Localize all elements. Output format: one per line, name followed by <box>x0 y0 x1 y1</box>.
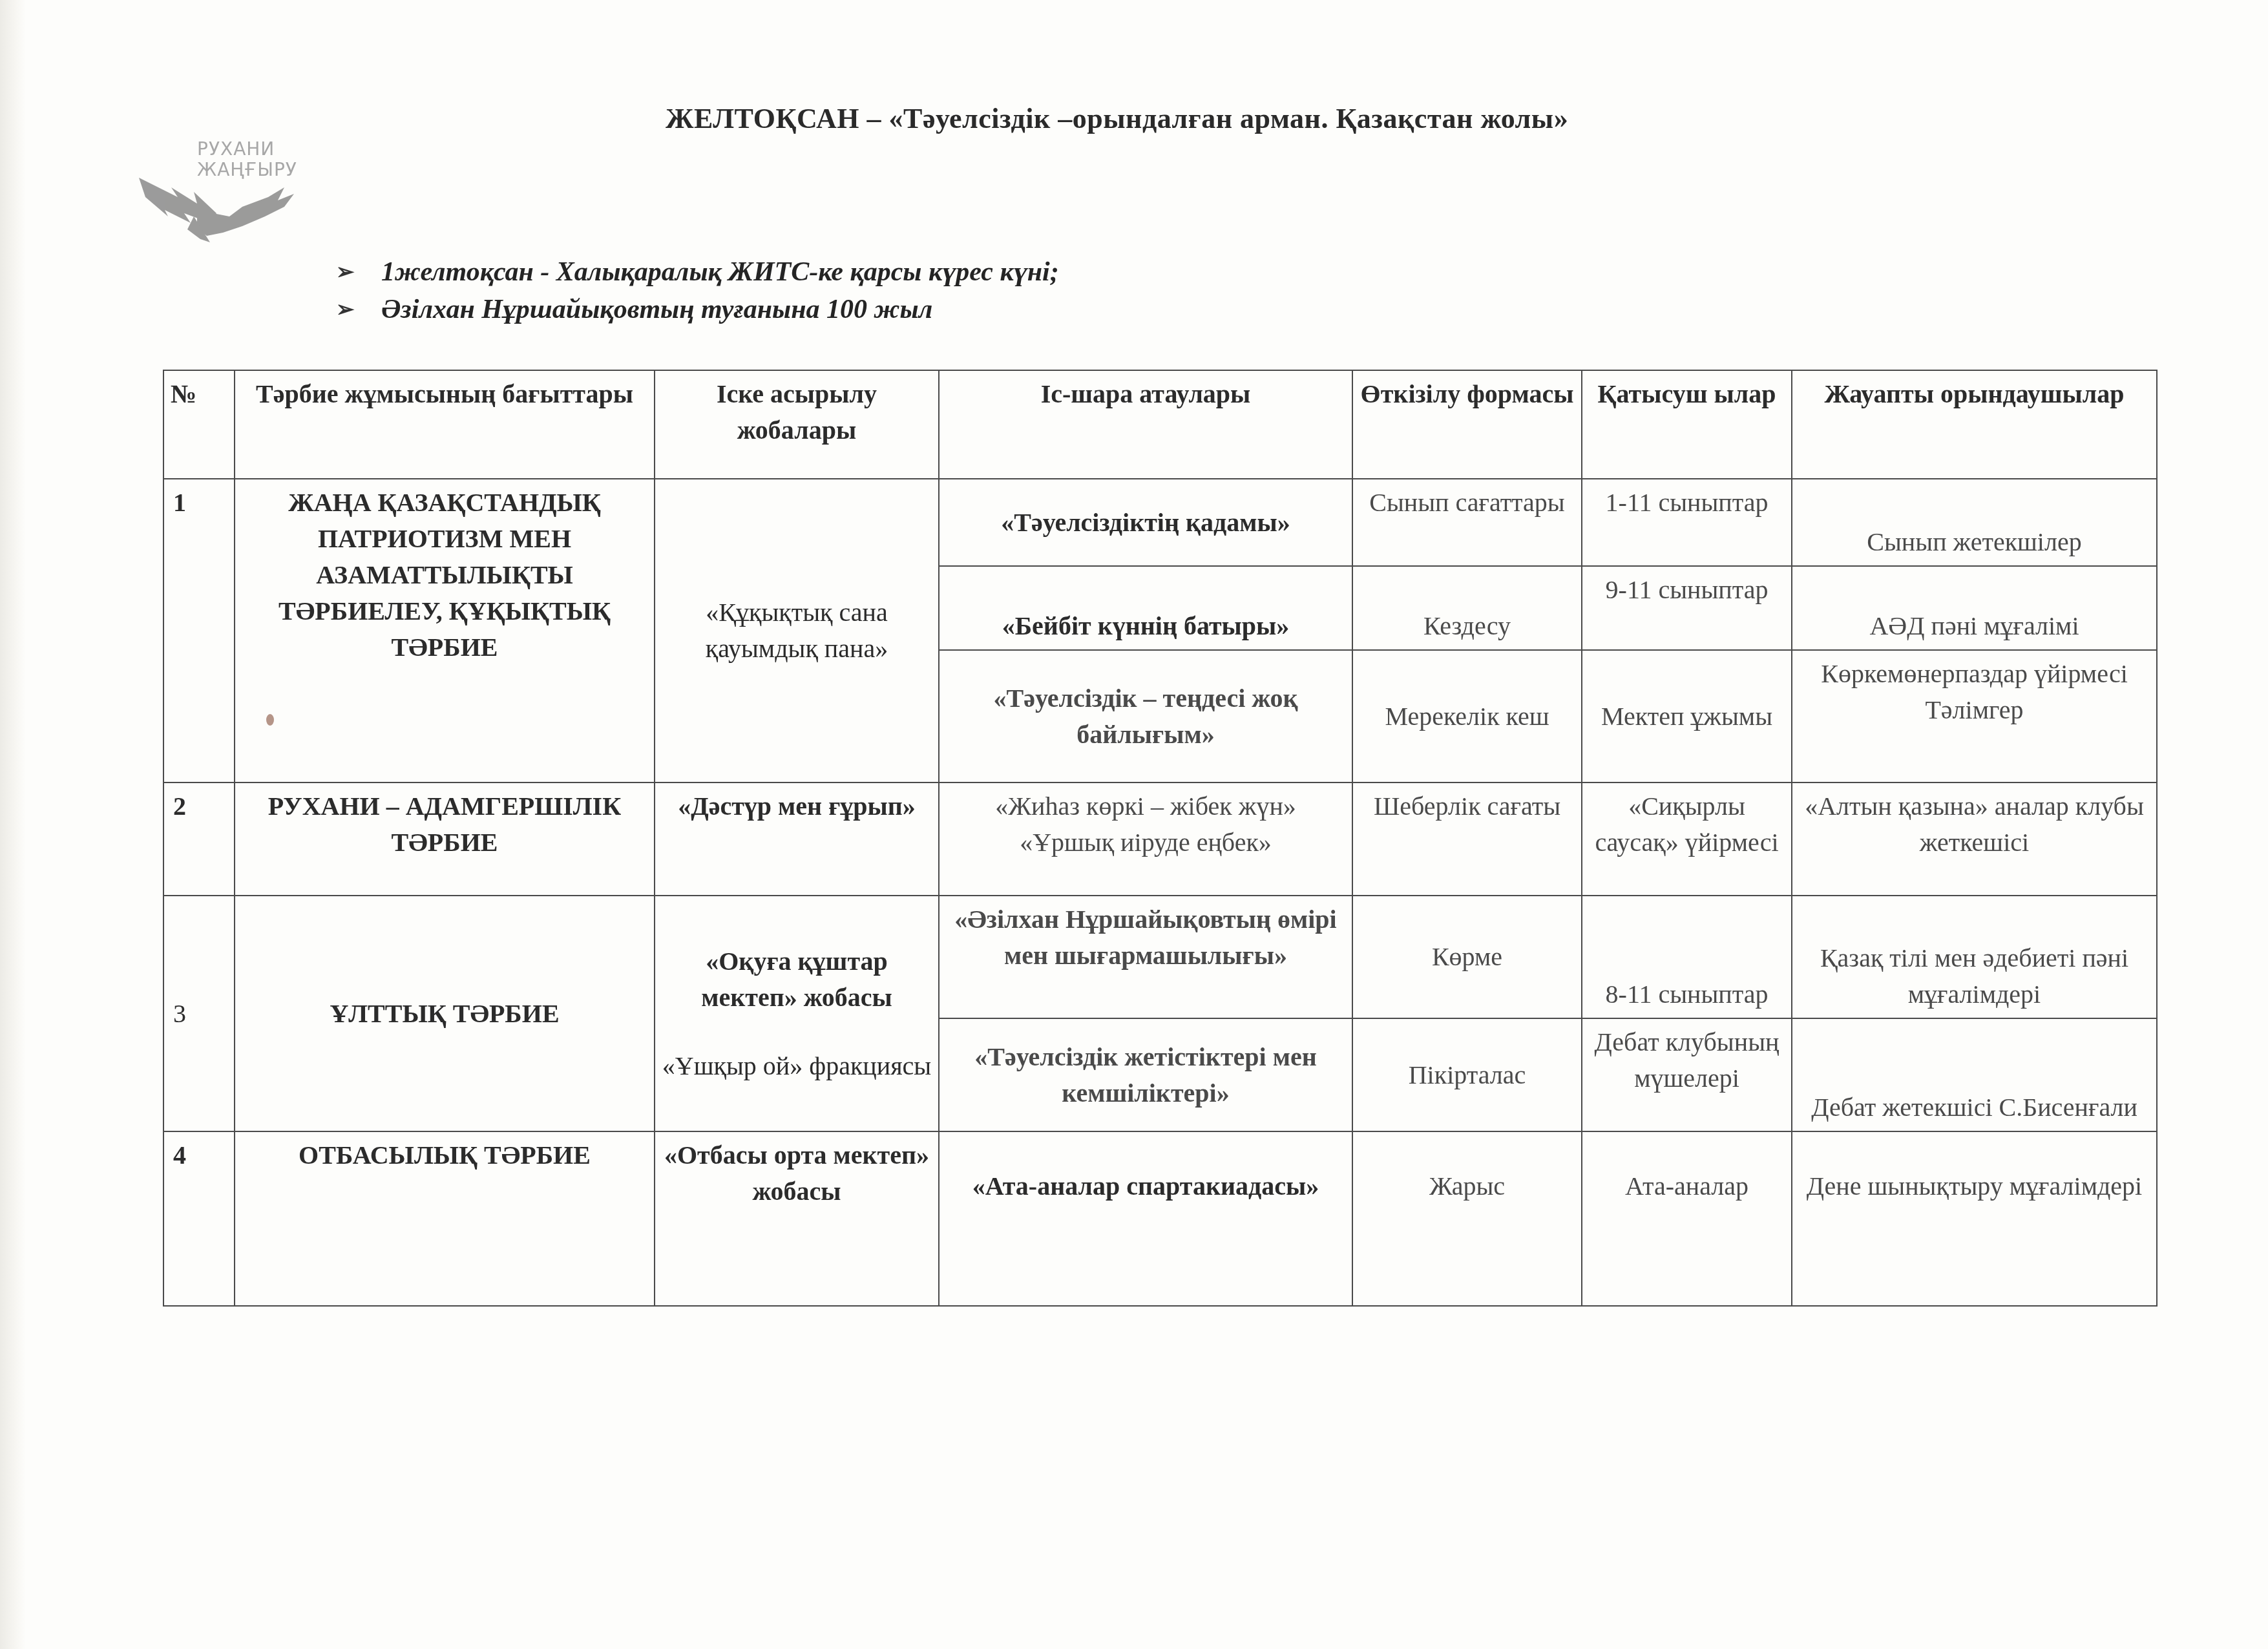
bullet-list: ➢ 1желтоқсан - Халықаралық ЖИТС-ке қарсы… <box>336 253 1059 328</box>
event-responsible: «Алтын қазына» аналар клубы жеткешісі <box>1792 782 2157 896</box>
event-participants: «Сиқырлы саусақ» үйірмесі <box>1582 782 1792 896</box>
project-cell: «Құқықтық сана қауымдық пана» <box>655 479 939 782</box>
direction-cell: ОТБАСЫЛЫҚ ТӘРБИЕ <box>235 1131 655 1306</box>
scan-edge <box>0 0 26 1649</box>
event-responsible: Дебат жетекшісі С.Бисенғали <box>1792 1018 2157 1131</box>
table-row: 2 РУХАНИ – АДАМГЕРШІЛІК ТӘРБИЕ «Дәстүр м… <box>163 782 2157 896</box>
bullet-text: Әзілхан Нұршайықовтың туғанына 100 жыл <box>381 294 932 325</box>
project-name-1: «Оқуға құштар мектеп» жобасы <box>662 943 932 1016</box>
bullet-item: ➢ Әзілхан Нұршайықовтың туғанына 100 жыл <box>336 291 1059 328</box>
event-responsible: Сынып жетекшілер <box>1792 479 2157 566</box>
direction-cell: ЖАҢА ҚАЗАҚСТАНДЫҚ ПАТРИОТИЗМ МЕН АЗАМАТТ… <box>235 479 655 782</box>
event-form: Шеберлік сағаты <box>1352 782 1582 896</box>
event-responsible: Көркемөнерпаздар үйірмесі Тәлімгер <box>1792 650 2157 782</box>
col-header-number: № <box>163 370 235 479</box>
plan-table-wrapper: № Тәрбие жұмысының бағыттары Іске асырыл… <box>163 370 2158 1307</box>
event-name: «Бейбіт күннің батыры» <box>939 566 1352 650</box>
event-form: Пікірталас <box>1352 1018 1582 1131</box>
direction-cell: ҰЛТТЫҚ ТӘРБИЕ <box>235 896 655 1131</box>
project-cell: «Дәстүр мен ғұрып» <box>655 782 939 896</box>
event-name: «Жиһаз көркі – жібек жүн» «Ұршық иіруде … <box>939 782 1352 896</box>
event-name: «Әзілхан Нұршайықовтың өмірі мен шығарма… <box>939 896 1352 1018</box>
col-header-project: Іске асырылу жобалары <box>655 370 939 479</box>
event-form: Сынып сағаттары <box>1352 479 1582 566</box>
event-participants: 8-11 сыныптар <box>1582 896 1792 1018</box>
table-row: 4 ОТБАСЫЛЫҚ ТӘРБИЕ «Отбасы орта мектеп» … <box>163 1131 2157 1306</box>
document-title: ЖЕЛТОҚСАН – «Тәуелсіздік –орындалған арм… <box>666 102 1568 135</box>
col-header-responsible: Жауапты орындаушылар <box>1792 370 2157 479</box>
ink-stain <box>266 714 274 726</box>
event-form: Кездесу <box>1352 566 1582 650</box>
event-name: «Тәуелсіздік – теңдесі жоқ байлығым» <box>939 650 1352 782</box>
eagle-icon <box>132 152 300 249</box>
arrow-bullet-icon: ➢ <box>336 297 362 322</box>
table-header-row: № Тәрбие жұмысының бағыттары Іске асырыл… <box>163 370 2157 479</box>
event-participants: Ата-аналар <box>1582 1131 1792 1306</box>
event-responsible: Дене шынықтыру мұғалімдері <box>1792 1131 2157 1306</box>
table-row: 3 ҰЛТТЫҚ ТӘРБИЕ «Оқуға құштар мектеп» жо… <box>163 896 2157 1018</box>
project-cell: «Отбасы орта мектеп» жобасы <box>655 1131 939 1306</box>
event-participants: Мектеп ұжымы <box>1582 650 1792 782</box>
table-row: 1 ЖАҢА ҚАЗАҚСТАНДЫҚ ПАТРИОТИЗМ МЕН АЗАМА… <box>163 479 2157 566</box>
event-participants: 1-11 сыныптар <box>1582 479 1792 566</box>
row-number: 1 <box>163 479 235 782</box>
col-header-form: Өткізілу формасы <box>1352 370 1582 479</box>
plan-table: № Тәрбие жұмысының бағыттары Іске асырыл… <box>163 370 2158 1307</box>
row-number: 2 <box>163 782 235 896</box>
bullet-text: 1желтоқсан - Халықаралық ЖИТС-ке қарсы к… <box>381 257 1059 288</box>
rukhani-zhangyru-logo: РУХАНИ ЖАҢҒЫРУ <box>132 139 326 249</box>
event-form: Мерекелік кеш <box>1352 650 1582 782</box>
event-form: Жарыс <box>1352 1131 1582 1306</box>
direction-cell: РУХАНИ – АДАМГЕРШІЛІК ТӘРБИЕ <box>235 782 655 896</box>
project-cell: «Оқуға құштар мектеп» жобасы «Ұшқыр ой» … <box>655 896 939 1131</box>
event-name: «Тәуелсіздік жетістіктері мен кемшілікте… <box>939 1018 1352 1131</box>
event-name: «Тәуелсіздіктің қадамы» <box>939 479 1352 566</box>
event-form: Көрме <box>1352 896 1582 1018</box>
col-header-participants: Қатысуш ылар <box>1582 370 1792 479</box>
event-participants: Дебат клубының мүшелері <box>1582 1018 1792 1131</box>
row-number: 3 <box>163 896 235 1131</box>
event-responsible: АӘД пәні мұғалімі <box>1792 566 2157 650</box>
project-name-2: «Ұшқыр ой» фракциясы <box>662 1048 932 1084</box>
arrow-bullet-icon: ➢ <box>336 259 362 285</box>
col-header-direction: Тәрбие жұмысының бағыттары <box>235 370 655 479</box>
row-number: 4 <box>163 1131 235 1306</box>
event-name: «Ата-аналар спартакиадасы» <box>939 1131 1352 1306</box>
event-participants: 9-11 сыныптар <box>1582 566 1792 650</box>
bullet-item: ➢ 1желтоқсан - Халықаралық ЖИТС-ке қарсы… <box>336 253 1059 291</box>
event-responsible: Қазақ тілі мен әдебиеті пәні мұғалімдері <box>1792 896 2157 1018</box>
col-header-event: Іс-шара атаулары <box>939 370 1352 479</box>
